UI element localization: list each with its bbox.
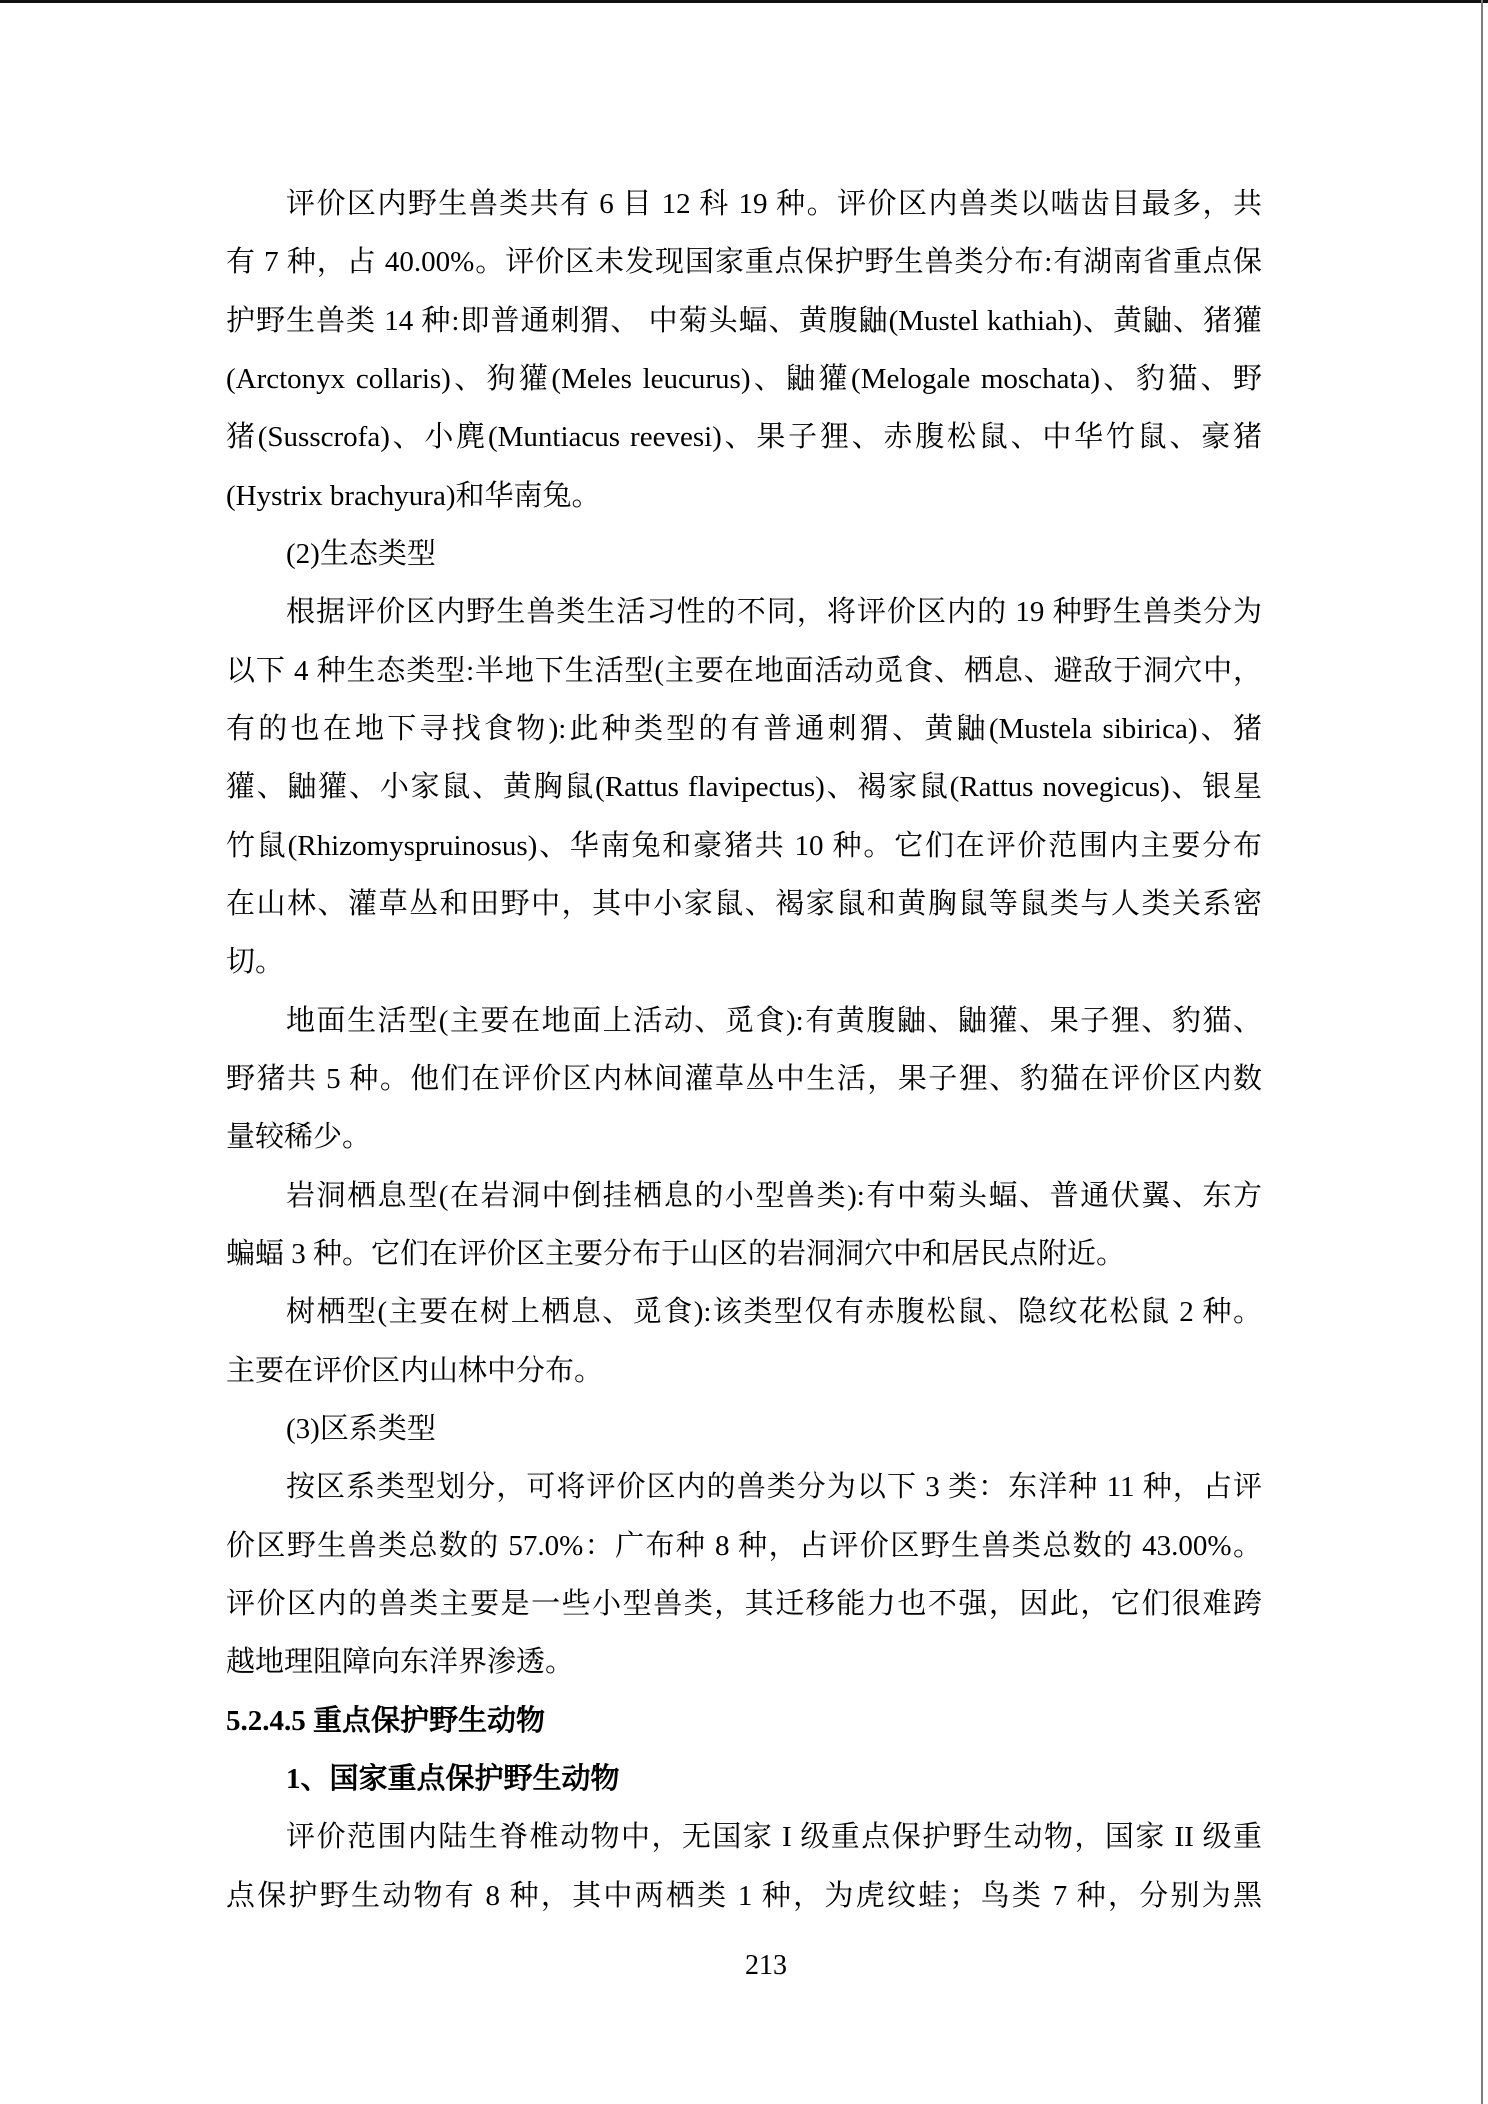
text-line: 按区系类型划分，可将评价区内的兽类分为以下 3 类：东洋种 11 种，占评 (226, 1458, 1262, 1516)
page-right-border (1481, 0, 1483, 2104)
document-page: 评价区内野生兽类共有 6 目 12 科 19 种。评价区内兽类以啮齿目最多，共 … (0, 0, 1488, 2104)
section-heading-5-2-4-5: 5.2.4.5 重点保护野生动物 (226, 1692, 1262, 1750)
text-line: 根据评价区内野生兽类生活习性的不同，将评价区内的 19 种野生兽类分为 (226, 583, 1262, 641)
text-line: 切。 (226, 933, 1262, 991)
document-body: 评价区内野生兽类共有 6 目 12 科 19 种。评价区内兽类以啮齿目最多，共 … (226, 175, 1262, 1925)
text-line: 越地理阻障向东洋界渗透。 (226, 1633, 1262, 1691)
text-line: 以下 4 种生态类型:半地下生活型(主要在地面活动觅食、栖息、避敌于洞穴中， (226, 642, 1262, 700)
subheading-fauna-types: (3)区系类型 (226, 1400, 1262, 1458)
page-top-border (0, 0, 1488, 3)
text-line: 地面生活型(主要在地面上活动、觅食):有黄腹鼬、鼬獾、果子狸、豹猫、 (226, 992, 1262, 1050)
text-line: (Arctonyx collaris)、狗獾(Meles leucurus)、鼬… (226, 350, 1262, 408)
text-line: 有 7 种，占 40.00%。评价区未发现国家重点保护野生兽类分布:有湖南省重点… (226, 233, 1262, 291)
text-line: 点保护野生动物有 8 种，其中两栖类 1 种，为虎纹蛙；鸟类 7 种，分别为黑 (226, 1867, 1262, 1925)
text-line: 竹鼠(Rhizomyspruinosus)、华南兔和豪猪共 10 种。它们在评价… (226, 817, 1262, 875)
text-line: 獾、鼬獾、小家鼠、黄胸鼠(Rattus flavipectus)、褐家鼠(Rat… (226, 758, 1262, 816)
text-line: 评价范围内陆生脊椎动物中，无国家 I 级重点保护野生动物，国家 II 级重 (226, 1808, 1262, 1866)
text-line: 野猪共 5 种。他们在评价区内林间灌草丛中生活，果子狸、豹猫在评价区内数 (226, 1050, 1262, 1108)
text-line: 在山林、灌草丛和田野中，其中小家鼠、褐家鼠和黄胸鼠等鼠类与人类关系密 (226, 875, 1262, 933)
text-line: 量较稀少。 (226, 1108, 1262, 1166)
text-line: 蝙蝠 3 种。它们在评价区主要分布于山区的岩洞洞穴中和居民点附近。 (226, 1225, 1262, 1283)
text-line: (Hystrix brachyura)和华南兔。 (226, 467, 1262, 525)
text-line: 护野生兽类 14 种:即普通刺猬、 中菊头蝠、黄腹鼬(Mustel kathia… (226, 292, 1262, 350)
text-line: 有的也在地下寻找食物):此种类型的有普通刺猬、黄鼬(Mustela sibiri… (226, 700, 1262, 758)
page-number: 213 (226, 1948, 1262, 1984)
text-line: 猪(Susscrofa)、小麂(Muntiacus reevesi)、果子狸、赤… (226, 408, 1262, 466)
text-line: 价区野生兽类总数的 57.0%：广布种 8 种，占评价区野生兽类总数的 43.0… (226, 1517, 1262, 1575)
subsection-heading-national-protected: 1、国家重点保护野生动物 (226, 1750, 1262, 1808)
text-line: 岩洞栖息型(在岩洞中倒挂栖息的小型兽类):有中菊头蝠、普通伏翼、东方 (226, 1167, 1262, 1225)
text-line: 评价区内的兽类主要是一些小型兽类，其迁移能力也不强，因此，它们很难跨 (226, 1575, 1262, 1633)
text-line: 评价区内野生兽类共有 6 目 12 科 19 种。评价区内兽类以啮齿目最多，共 (226, 175, 1262, 233)
text-line: 树栖型(主要在树上栖息、觅食):该类型仅有赤腹松鼠、隐纹花松鼠 2 种。 (226, 1283, 1262, 1341)
text-line: 主要在评价区内山林中分布。 (226, 1342, 1262, 1400)
subheading-ecology-types: (2)生态类型 (226, 525, 1262, 583)
